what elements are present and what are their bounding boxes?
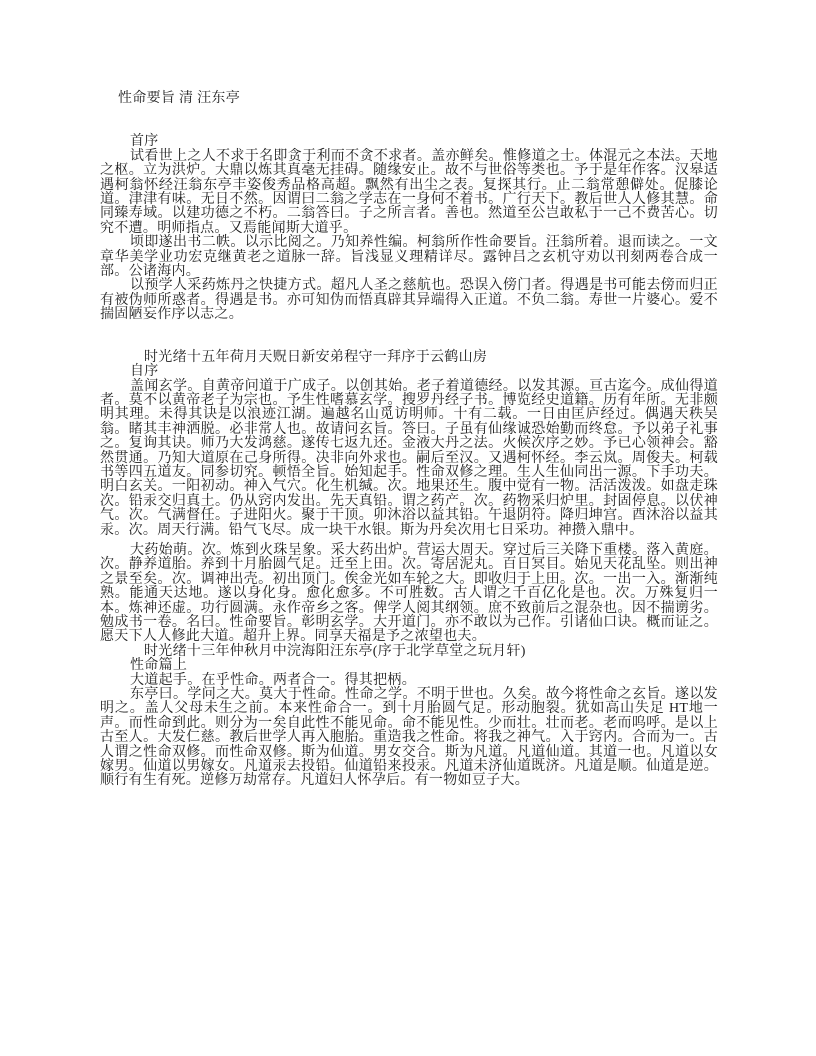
section-heading-self-preface: 自序 <box>100 365 718 379</box>
paragraph: 顷即遂出书二帙。以示比阅之。乃知养性编。柯翁所作性命要旨。汪翁所着。退而读之。一… <box>100 236 718 279</box>
document-page: 性命要旨 清 汪东亭 首序 试看世上之人不求于名即贪于利而不贪不求者。盖亦鲜矣。… <box>0 0 816 1056</box>
section-heading-xingming-part-one: 性命篇上 <box>100 659 718 673</box>
paragraph: 东亭曰。学问之大。莫大于性命。性命之学。不明于世也。久矣。故今将性命之玄旨。遂以… <box>100 688 718 789</box>
paragraph: 以预学人采药炼丹之快捷方式。超凡人圣之慈航也。恐误入傍门者。得遇是书可能去傍而归… <box>100 279 718 322</box>
signature-line-self-preface: 时光绪十三年仲秋月中浣海阳汪东亭(序于北学草堂之玩月轩) <box>100 645 718 659</box>
section-heading-first-preface: 首序 <box>100 135 718 149</box>
paragraph: 试看世上之人不求于名即贪于利而不贪不求者。盖亦鲜矣。惟修道之士。体混元之本法。天… <box>100 150 718 236</box>
paragraph: 大道起手。在乎性命。两者合一。得其把柄。 <box>100 674 718 688</box>
paragraph: 盖闻玄学。自黄帝问道于广成子。以创其始。老子着道德经。以发其源。亘古迄今。成仙得… <box>100 380 718 538</box>
signature-line-first-preface: 时光绪十五年荷月天贶日新安弟程守一拜序于云鹤山房 <box>100 351 718 365</box>
paragraph: 大药始萌。次。炼到火珠呈象。采大药出炉。营运大周天。穿过后三关降下重楼。落入黄庭… <box>100 544 718 645</box>
document-title: 性命要旨 清 汪东亭 <box>118 92 718 106</box>
